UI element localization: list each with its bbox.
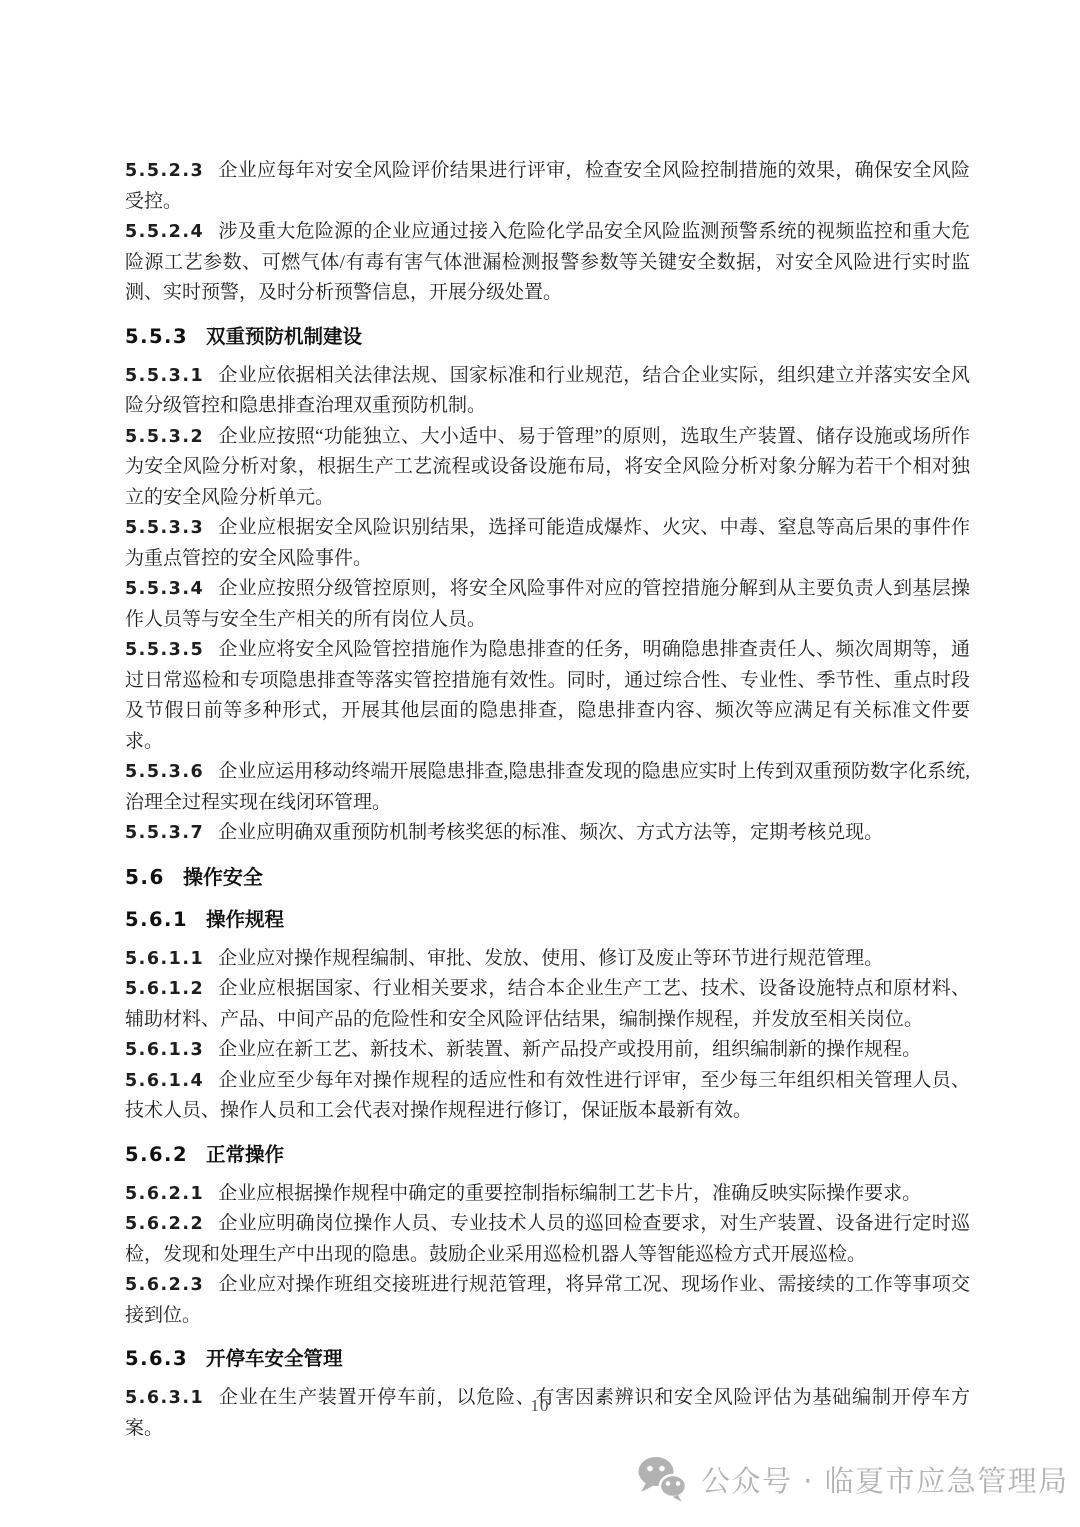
clause-number: 5.5.3.4 xyxy=(125,579,204,599)
clause-number: 5.5.3.6 xyxy=(125,762,204,782)
clause-number: 5.5.3.2 xyxy=(125,427,204,447)
clause-5.5.2.3: 5.5.2.3企业应每年对安全风险评价结果进行评审，检查安全风险控制措施的效果，… xyxy=(125,156,970,217)
clause-text: 企业应根据安全风险识别结果，选择可能造成爆炸、火灾、中毒、窒息等高后果的事件作为… xyxy=(125,517,970,569)
section-title: 正常操作 xyxy=(206,1143,284,1166)
clause-number: 5.6.2.3 xyxy=(125,1275,204,1295)
section-title: 操作安全 xyxy=(183,865,263,889)
clause-5.5.3.2: 5.5.3.2企业应按照“功能独立、大小适中、易于管理”的原则，选取生产装置、储… xyxy=(125,422,970,514)
clause-number: 5.5.3.5 xyxy=(125,640,204,660)
clause-number: 5.5.3.3 xyxy=(125,518,204,538)
clause-5.5.3.4: 5.5.3.4企业应按照分级管控原则，将安全风险事件对应的管控措施分解到从主要负… xyxy=(125,574,970,635)
page-number: 10 xyxy=(0,1396,1080,1416)
clause-number: 5.6.1.1 xyxy=(125,949,204,969)
clause-number: 5.5.3.7 xyxy=(125,823,204,843)
section-number: 5.6.2 xyxy=(125,1143,188,1166)
document-body: 5.5.2.3企业应每年对安全风险评价结果进行评审，检查安全风险控制措施的效果，… xyxy=(125,156,970,1444)
section-heading-5.5.3: 5.5.3双重预防机制建设 xyxy=(125,322,970,352)
clause-5.5.3.6: 5.5.3.6企业应运用移动终端开展隐患排查,隐患排查发现的隐患应实时上传到双重… xyxy=(125,757,970,818)
wechat-icon xyxy=(636,1456,688,1502)
clause-text: 企业应明确岗位操作人员、专业技术人员的巡回检查要求，对生产装置、设备进行定时巡检… xyxy=(125,1213,970,1265)
section-title: 开停车安全管理 xyxy=(206,1347,343,1370)
clause-number: 5.6.2.2 xyxy=(125,1214,204,1234)
section-number: 5.6.1 xyxy=(125,908,188,931)
clause-number: 5.6.1.4 xyxy=(125,1071,204,1091)
document-page: 5.5.2.3企业应每年对安全风险评价结果进行评审，检查安全风险控制措施的效果，… xyxy=(0,0,1080,1527)
section-heading-5.6.1: 5.6.1操作规程 xyxy=(125,905,970,935)
clause-5.6.1.1: 5.6.1.1企业应对操作规程编制、审批、发放、使用、修订及废止等环节进行规范管… xyxy=(125,944,970,975)
clause-5.6.2.3: 5.6.2.3企业应对操作班组交接班进行规范管理，将异常工况、现场作业、需接续的… xyxy=(125,1270,970,1331)
clause-5.5.3.1: 5.5.3.1企业应依据相关法律法规、国家标准和行业规范，结合企业实际，组织建立… xyxy=(125,361,970,422)
section-title: 操作规程 xyxy=(206,908,284,931)
clause-number: 5.6.2.1 xyxy=(125,1184,204,1204)
section-heading-5.6: 5.6操作安全 xyxy=(125,862,970,892)
clause-text: 企业应在新工艺、新技术、新装置、新产品投产或投用前，组织编制新的操作规程。 xyxy=(218,1039,921,1060)
clause-5.5.3.7: 5.5.3.7企业应明确双重预防机制考核奖惩的标准、频次、方式方法等，定期考核兑… xyxy=(125,818,970,849)
clause-5.5.3.3: 5.5.3.3企业应根据安全风险识别结果，选择可能造成爆炸、火灾、中毒、窒息等高… xyxy=(125,513,970,574)
section-heading-5.6.3: 5.6.3开停车安全管理 xyxy=(125,1344,970,1374)
section-number: 5.6.3 xyxy=(125,1347,188,1370)
clause-text: 企业应按照“功能独立、大小适中、易于管理”的原则，选取生产装置、储存设施或场所作… xyxy=(125,426,970,508)
clause-text: 企业应明确双重预防机制考核奖惩的标准、频次、方式方法等，定期考核兑现。 xyxy=(218,822,883,843)
clause-number: 5.6.1.2 xyxy=(125,979,204,999)
clause-text: 涉及重大危险源的企业应通过接入危险化学品安全风险监测预警系统的视频监控和重大危险… xyxy=(125,221,970,303)
clause-text: 企业应按照分级管控原则，将安全风险事件对应的管控措施分解到从主要负责人到基层操作… xyxy=(125,578,970,630)
clause-text: 企业应每年对安全风险评价结果进行评审，检查安全风险控制措施的效果，确保安全风险受… xyxy=(125,160,970,212)
watermark-label: 公众号 · 临夏市应急管理局 xyxy=(701,1459,1069,1500)
clause-number: 5.6.1.3 xyxy=(125,1040,204,1060)
clause-5.6.2.1: 5.6.2.1企业应根据操作规程中确定的重要控制指标编制工艺卡片，准确反映实际操… xyxy=(125,1179,970,1210)
clause-5.5.2.4: 5.5.2.4涉及重大危险源的企业应通过接入危险化学品安全风险监测预警系统的视频… xyxy=(125,217,970,309)
clause-text: 企业应对操作规程编制、审批、发放、使用、修订及废止等环节进行规范管理。 xyxy=(218,948,883,969)
wechat-watermark: 公众号 · 临夏市应急管理局 xyxy=(636,1456,1069,1502)
clause-5.6.1.2: 5.6.1.2企业应根据国家、行业相关要求，结合本企业生产工艺、技术、设备设施特… xyxy=(125,974,970,1035)
section-number: 5.5.3 xyxy=(125,325,188,348)
clause-text: 企业应根据国家、行业相关要求，结合本企业生产工艺、技术、设备设施特点和原材料、辅… xyxy=(125,978,970,1030)
section-heading-5.6.2: 5.6.2正常操作 xyxy=(125,1140,970,1170)
clause-5.5.3.5: 5.5.3.5企业应将安全风险管控措施作为隐患排查的任务，明确隐患排查责任人、频… xyxy=(125,635,970,757)
clause-number: 5.5.2.4 xyxy=(125,222,204,242)
section-number: 5.6 xyxy=(125,865,165,889)
clause-5.6.1.3: 5.6.1.3企业应在新工艺、新技术、新装置、新产品投产或投用前，组织编制新的操… xyxy=(125,1035,970,1066)
clause-number: 5.5.3.1 xyxy=(125,366,204,386)
clause-number: 5.5.2.3 xyxy=(125,161,204,181)
clause-text: 企业应将安全风险管控措施作为隐患排查的任务，明确隐患排查责任人、频次周期等，通过… xyxy=(125,639,970,752)
clause-text: 企业应根据操作规程中确定的重要控制指标编制工艺卡片，准确反映实际操作要求。 xyxy=(218,1183,921,1204)
clause-text: 企业应对操作班组交接班进行规范管理，将异常工况、现场作业、需接续的工作等事项交接… xyxy=(125,1274,970,1326)
clause-5.6.2.2: 5.6.2.2企业应明确岗位操作人员、专业技术人员的巡回检查要求，对生产装置、设… xyxy=(125,1209,970,1270)
clause-5.6.1.4: 5.6.1.4企业应至少每年对操作规程的适应性和有效性进行评审，至少每三年组织相… xyxy=(125,1066,970,1127)
section-title: 双重预防机制建设 xyxy=(206,325,362,348)
clause-text: 企业应至少每年对操作规程的适应性和有效性进行评审，至少每三年组织相关管理人员、技… xyxy=(125,1070,970,1122)
clause-text: 企业应依据相关法律法规、国家标准和行业规范，结合企业实际，组织建立并落实安全风险… xyxy=(125,365,970,417)
clause-text: 企业应运用移动终端开展隐患排查,隐患排查发现的隐患应实时上传到双重预防数字化系统… xyxy=(125,761,970,813)
